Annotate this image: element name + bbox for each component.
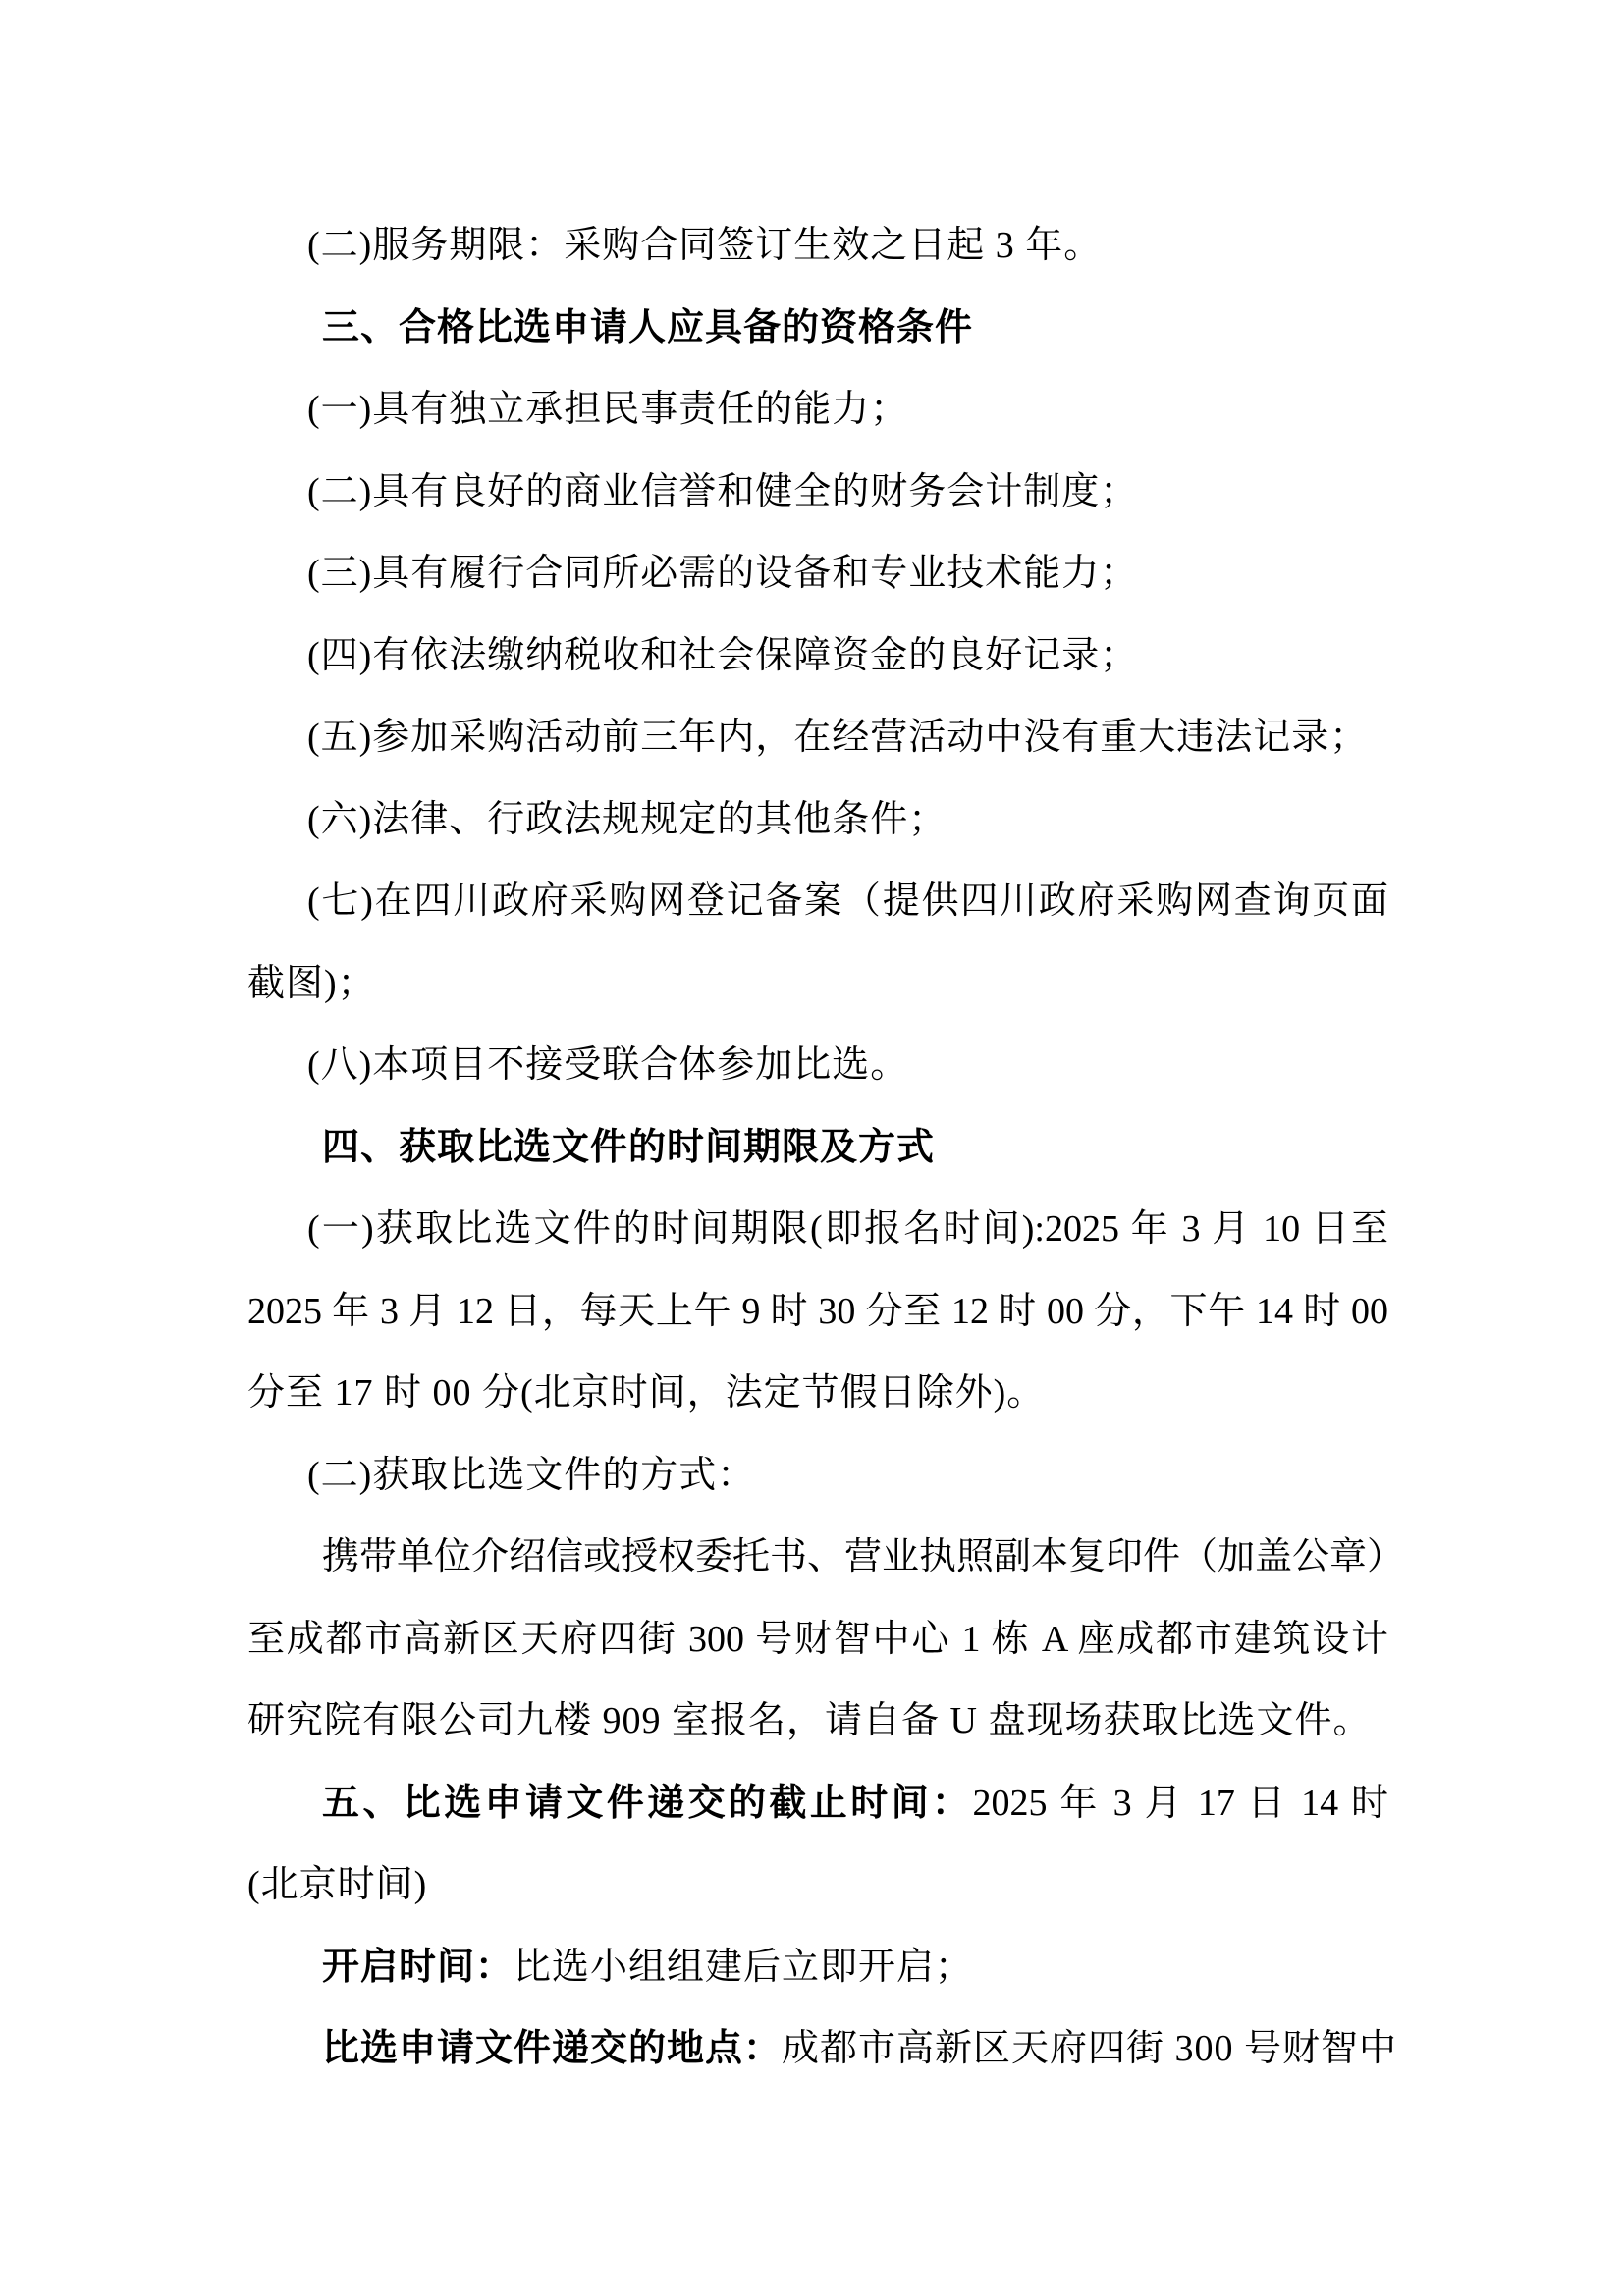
notice-body: (二)服务期限：采购合同签订生效之日起 3 年。 三、合格比选申请人应具备的资格… [247,205,1388,2091]
obtain-method-line-2-text: 至成都市高新区天府四街 300 号财智中心 1 栋 A 座成都市建筑设计 [247,1619,1388,1660]
qualification-item-8-text: (八)本项目不接受联合体参加比选。 [307,1044,908,1086]
qualification-item-8: (八)本项目不接受联合体参加比选。 [247,1025,1388,1107]
obtain-time-line-3-text: 分至 17 时 00 分(北京时间，法定节假日除外)。 [247,1372,1045,1414]
submit-place-label: 比选申请文件递交的地点： [322,2028,782,2069]
submit-place-line: 比选申请文件递交的地点：成都市高新区天府四街 300 号财智中 [247,2008,1388,2091]
obtain-method-line-3-text: 研究院有限公司九楼 909 室报名，请自备 U 盘现场获取比选文件。 [247,1700,1371,1741]
open-time-value: 比选小组组建后立即开启； [514,1947,973,1988]
heading-section-5: 五、比选申请文件递交的截止时间：2025 年 3 月 17 日 14 时 [247,1763,1388,1845]
obtain-method-heading-text: (二)获取比选文件的方式： [307,1455,755,1496]
obtain-time-line-1-text: (一)获取比选文件的时间期限(即报名时间):2025 年 3 月 10 日至 [307,1208,1388,1250]
heading-section-3: 三、合格比选申请人应具备的资格条件 [247,288,1388,370]
deadline-timezone: (北京时间) [247,1844,1388,1927]
submit-place-value: 成都市高新区天府四街 300 号财智中 [782,2028,1397,2069]
heading-section-4: 四、获取比选文件的时间期限及方式 [247,1107,1388,1190]
qualification-item-4-text: (四)有依法缴纳税收和社会保障资金的良好记录； [307,635,1138,676]
qualification-item-5-text: (五)参加采购活动前三年内，在经营活动中没有重大违法记录； [307,717,1368,758]
open-time-label: 开启时间： [322,1947,514,1988]
open-time-line: 开启时间：比选小组组建后立即开启； [247,1927,1388,2009]
deadline-value: 2025 年 3 月 17 日 14 时 [972,1783,1388,1824]
obtain-time-line-2-text: 2025 年 3 月 12 日，每天上午 9 时 30 分至 12 时 00 分… [247,1291,1388,1332]
qualification-item-7-text: (七)在四川政府采购网登记备案（提供四川政府采购网查询页面 [307,881,1388,922]
qualification-item-7-cont-text: 截图)； [247,963,376,1004]
heading-section-4-text: 四、获取比选文件的时间期限及方式 [322,1127,935,1168]
obtain-method-line-2: 至成都市高新区天府四街 300 号财智中心 1 栋 A 座成都市建筑设计 [247,1599,1388,1682]
obtain-time-line-2: 2025 年 3 月 12 日，每天上午 9 时 30 分至 12 时 00 分… [247,1271,1388,1354]
qualification-item-7-line-1: (七)在四川政府采购网登记备案（提供四川政府采购网查询页面 [247,861,1388,943]
obtain-method-line-1-text: 携带单位介绍信或授权委托书、营业执照副本复印件（加盖公章） [322,1536,1404,1577]
qualification-item-7-line-2: 截图)； [247,943,1388,1026]
obtain-time-line-3: 分至 17 时 00 分(北京时间，法定节假日除外)。 [247,1353,1388,1435]
qualification-item-6-text: (六)法律、行政法规规定的其他条件； [307,799,947,840]
deadline-label: 五、比选申请文件递交的截止时间： [322,1783,972,1824]
qualification-item-1: (一)具有独立承担民事责任的能力； [247,369,1388,452]
qualification-item-5: (五)参加采购活动前三年内，在经营活动中没有重大违法记录； [247,697,1388,779]
qualification-item-2-text: (二)具有良好的商业信誉和健全的财务会计制度； [307,471,1138,512]
obtain-method-heading: (二)获取比选文件的方式： [247,1435,1388,1518]
qualification-item-3: (三)具有履行合同所必需的设备和专业技术能力； [247,533,1388,615]
text-service-period: (二)服务期限：采购合同签订生效之日起 3 年。 [307,225,1102,266]
heading-section-3-text: 三、合格比选申请人应具备的资格条件 [322,307,973,348]
qualification-item-4: (四)有依法缴纳税收和社会保障资金的良好记录； [247,615,1388,698]
obtain-method-line-3: 研究院有限公司九楼 909 室报名，请自备 U 盘现场获取比选文件。 [247,1681,1388,1763]
deadline-timezone-text: (北京时间) [247,1864,427,1905]
document-page: (二)服务期限：采购合同签订生效之日起 3 年。 三、合格比选申请人应具备的资格… [0,0,1624,2296]
qualification-item-3-text: (三)具有履行合同所必需的设备和专业技术能力； [307,553,1138,594]
qualification-item-2: (二)具有良好的商业信誉和健全的财务会计制度； [247,452,1388,534]
paragraph-service-period: (二)服务期限：采购合同签订生效之日起 3 年。 [247,205,1388,288]
qualification-item-1-text: (一)具有独立承担民事责任的能力； [307,389,908,430]
obtain-method-line-1: 携带单位介绍信或授权委托书、营业执照副本复印件（加盖公章） [247,1517,1388,1599]
obtain-time-line-1: (一)获取比选文件的时间期限(即报名时间):2025 年 3 月 10 日至 [247,1189,1388,1271]
qualification-item-6: (六)法律、行政法规规定的其他条件； [247,779,1388,862]
